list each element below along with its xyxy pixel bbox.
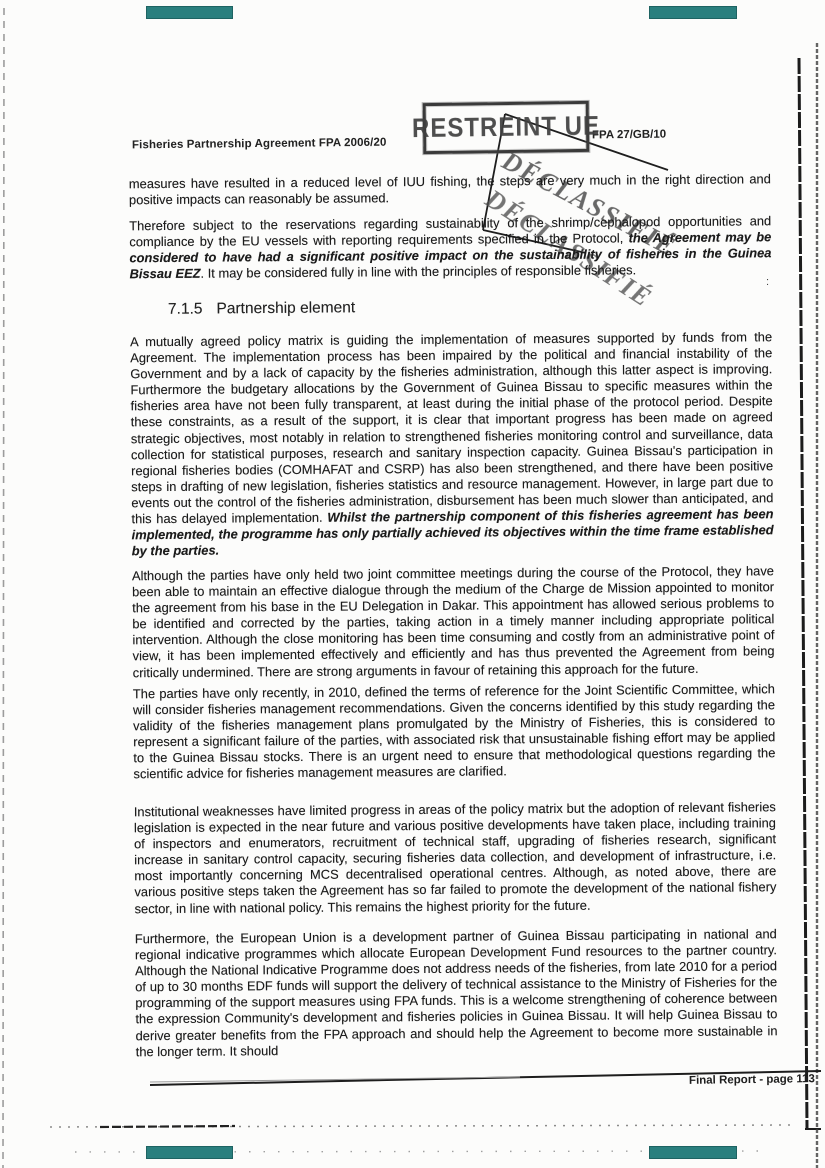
scanned-document-page: Fisheries Partnership Agreement FPA 2006…	[0, 0, 825, 1168]
paragraph: The parties have only recently, in 2010,…	[133, 681, 776, 783]
redaction-bar-bottom-left	[146, 1146, 233, 1159]
paragraph: Therefore subject to the reservations re…	[129, 213, 771, 282]
body-text: measures have resulted in a reduced leve…	[0, 0, 825, 1168]
redaction-bar-top-left	[146, 6, 233, 19]
paragraph: measures have resulted in a reduced leve…	[129, 171, 771, 208]
paragraph-text: Furthermore, the European Union is a dev…	[135, 926, 778, 1059]
paragraph: Institutional weaknesses have limited pr…	[134, 799, 777, 917]
paragraph-text: Institutional weaknesses have limited pr…	[134, 799, 777, 916]
paragraph: Although the parties have only held two …	[132, 563, 775, 681]
redaction-bar-top-right	[649, 6, 737, 19]
stray-mark: :	[766, 276, 769, 288]
paragraph-text: Although the parties have only held two …	[132, 563, 775, 680]
paragraph-text: A mutually agreed policy matrix is guidi…	[130, 329, 773, 526]
paragraph: Furthermore, the European Union is a dev…	[135, 926, 778, 1060]
paragraph-text: . It may be considered fully in line wit…	[200, 263, 636, 281]
section-heading: 7.1.5Partnership element	[168, 299, 355, 318]
redaction-bar-bottom-right	[649, 1146, 737, 1159]
paragraph-text: The parties have only recently, in 2010,…	[133, 681, 776, 782]
footer-page-label: Final Report - page 113	[689, 1073, 815, 1087]
section-title: Partnership element	[216, 299, 355, 317]
paragraph: A mutually agreed policy matrix is guidi…	[130, 329, 774, 559]
paragraph-text: measures have resulted in a reduced leve…	[129, 171, 771, 207]
section-number: 7.1.5	[168, 300, 203, 317]
